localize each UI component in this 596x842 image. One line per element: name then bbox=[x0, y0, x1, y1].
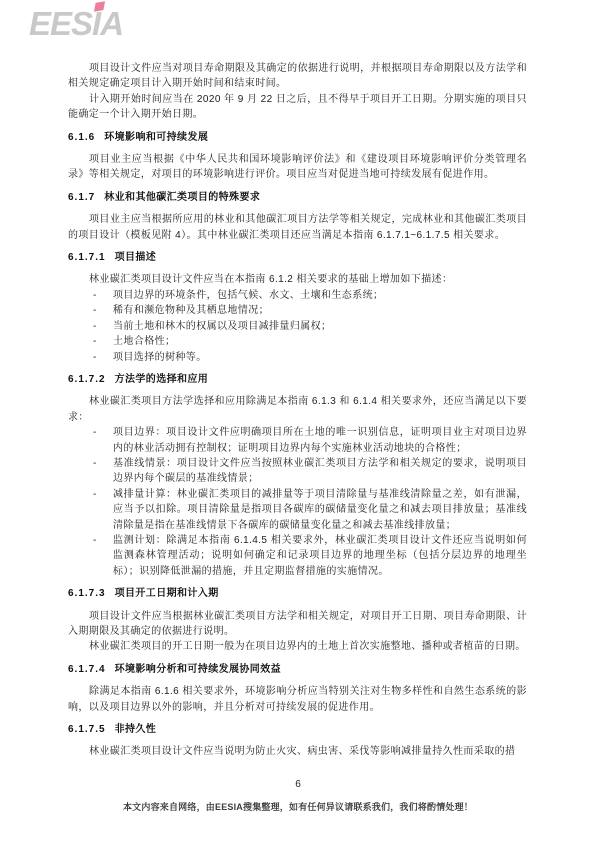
paragraph: 计入期开始时间应当在 2020 年 9 月 22 日之后，且不得早于项目开工日期… bbox=[68, 92, 527, 123]
section-title: 环境影响分析和可持续发展协同效益 bbox=[115, 664, 281, 675]
section-title: 环境影响和可持续发展 bbox=[104, 132, 208, 143]
paragraph: 项目设计文件应当对项目寿命期限及其确定的依据进行说明，并根据项目寿命期限以及方法… bbox=[68, 61, 527, 92]
section-heading-6-1-6: 6.1.6环境影响和可持续发展 bbox=[68, 130, 527, 145]
section-title: 方法学的选择和应用 bbox=[115, 374, 209, 385]
paragraph: 项目业主应当根据所应用的林业和其他碳汇项目方法学等相关规定，完成林业和其他碳汇类… bbox=[68, 212, 527, 243]
list-dash: - bbox=[93, 319, 97, 334]
list-item: -项目边界：项目设计文件应明确项目所在土地的唯一识别信息，证明项目业主对项目边界… bbox=[68, 425, 527, 456]
paragraph: 林业碳汇类项目的开工日期一般为在项目边界内的土地上首次实施整地、播种或者植苗的日… bbox=[68, 639, 527, 654]
section-number: 6.1.7.3 bbox=[68, 588, 106, 599]
logo-text-pre: EES bbox=[29, 5, 92, 42]
page-number: 6 bbox=[0, 779, 596, 790]
section-number: 6.1.6 bbox=[68, 132, 95, 143]
list-dash: - bbox=[93, 350, 97, 365]
section-heading-6-1-7-5: 6.1.7.5非持久性 bbox=[68, 722, 527, 737]
list-dash: - bbox=[93, 425, 97, 440]
bullet-list-project-description: -项目边界的环境条件，包括气候、水文、土壤和生态系统； -稀有和濒危物种及其栖息… bbox=[68, 288, 527, 365]
list-item: -基准线情景：项目设计文件应当按照林业碳汇类项目方法学和相关规定的要求，说明项目… bbox=[68, 456, 527, 487]
footer-disclaimer: 本文内容来自网络，由EESIA搜集整理，如有任何异议请联系我们，我们将酌情处理！ bbox=[0, 800, 596, 813]
section-heading-6-1-7: 6.1.7林业和其他碳汇类项目的特殊要求 bbox=[68, 190, 527, 205]
list-item: -项目边界的环境条件，包括气候、水文、土壤和生态系统； bbox=[68, 288, 527, 303]
paragraph: 项目设计文件应当根据林业碳汇类项目方法学和相关规定，对项目开工日期、项目寿命期限… bbox=[68, 609, 527, 640]
eesia-logo: EESIA bbox=[29, 6, 123, 42]
list-item: -监测计划：除满足本指南 6.1.4.5 相关要求外，林业碳汇类项目设计文件还应… bbox=[68, 533, 527, 579]
paragraph: 林业碳汇类项目方法学选择和应用除满足本指南 6.1.3 和 6.1.4 相关要求… bbox=[68, 394, 527, 425]
list-item: -稀有和濒危物种及其栖息地情况； bbox=[68, 303, 527, 318]
list-dash: - bbox=[93, 456, 97, 471]
document-body: 项目设计文件应当对项目寿命期限及其确定的依据进行说明，并根据项目寿命期限以及方法… bbox=[68, 61, 527, 760]
paragraph: 林业碳汇类项目设计文件应当在本指南 6.1.2 相关要求的基础上增加如下描述： bbox=[68, 272, 527, 287]
section-number: 6.1.7 bbox=[68, 192, 95, 203]
section-title: 非持久性 bbox=[115, 724, 157, 735]
section-heading-6-1-7-1: 6.1.7.1项目描述 bbox=[68, 250, 527, 265]
list-dash: - bbox=[93, 487, 97, 502]
list-dash: - bbox=[93, 533, 97, 548]
section-heading-6-1-7-4: 6.1.7.4环境影响分析和可持续发展协同效益 bbox=[68, 662, 527, 677]
logo-letter-i: I bbox=[92, 6, 100, 42]
section-number: 6.1.7.4 bbox=[68, 664, 106, 675]
section-number: 6.1.7.1 bbox=[68, 252, 106, 263]
list-item: -当前土地和林木的权属以及项目减排量归属权； bbox=[68, 319, 527, 334]
section-heading-6-1-7-3: 6.1.7.3项目开工日期和计入期 bbox=[68, 586, 527, 601]
bullet-list-methodology-requirements: -项目边界：项目设计文件应明确项目所在土地的唯一识别信息，证明项目业主对项目边界… bbox=[68, 425, 527, 579]
paragraph: 除满足本指南 6.1.6 相关要求外，环境影响分析应当特别关注对生物多样性和自然… bbox=[68, 684, 527, 715]
document-page: EESIA 项目设计文件应当对项目寿命期限及其确定的依据进行说明，并根据项目寿命… bbox=[0, 0, 596, 842]
section-heading-6-1-7-2: 6.1.7.2方法学的选择和应用 bbox=[68, 372, 527, 387]
paragraph: 林业碳汇类项目设计文件应当说明为防止火灾、病虫害、采伐等影响减排量持久性而采取的… bbox=[68, 744, 527, 759]
list-item: -项目选择的树种等。 bbox=[68, 350, 527, 365]
section-title: 林业和其他碳汇类项目的特殊要求 bbox=[104, 192, 260, 203]
list-dash: - bbox=[93, 334, 97, 349]
section-number: 6.1.7.2 bbox=[68, 374, 106, 385]
logo-text-post: A bbox=[100, 5, 123, 42]
section-number: 6.1.7.5 bbox=[68, 724, 106, 735]
list-dash: - bbox=[93, 303, 97, 318]
list-item: -减排量计算：林业碳汇类项目的减排量等于项目清除量与基准线清除量之差，如有泄漏，… bbox=[68, 487, 527, 533]
list-item: -土地合格性； bbox=[68, 334, 527, 349]
list-dash: - bbox=[93, 288, 97, 303]
paragraph: 项目业主应当根据《中华人民共和国环境影响评价法》和《建设项目环境影响评价分类管理… bbox=[68, 152, 527, 183]
section-title: 项目开工日期和计入期 bbox=[115, 588, 219, 599]
section-title: 项目描述 bbox=[115, 252, 157, 263]
